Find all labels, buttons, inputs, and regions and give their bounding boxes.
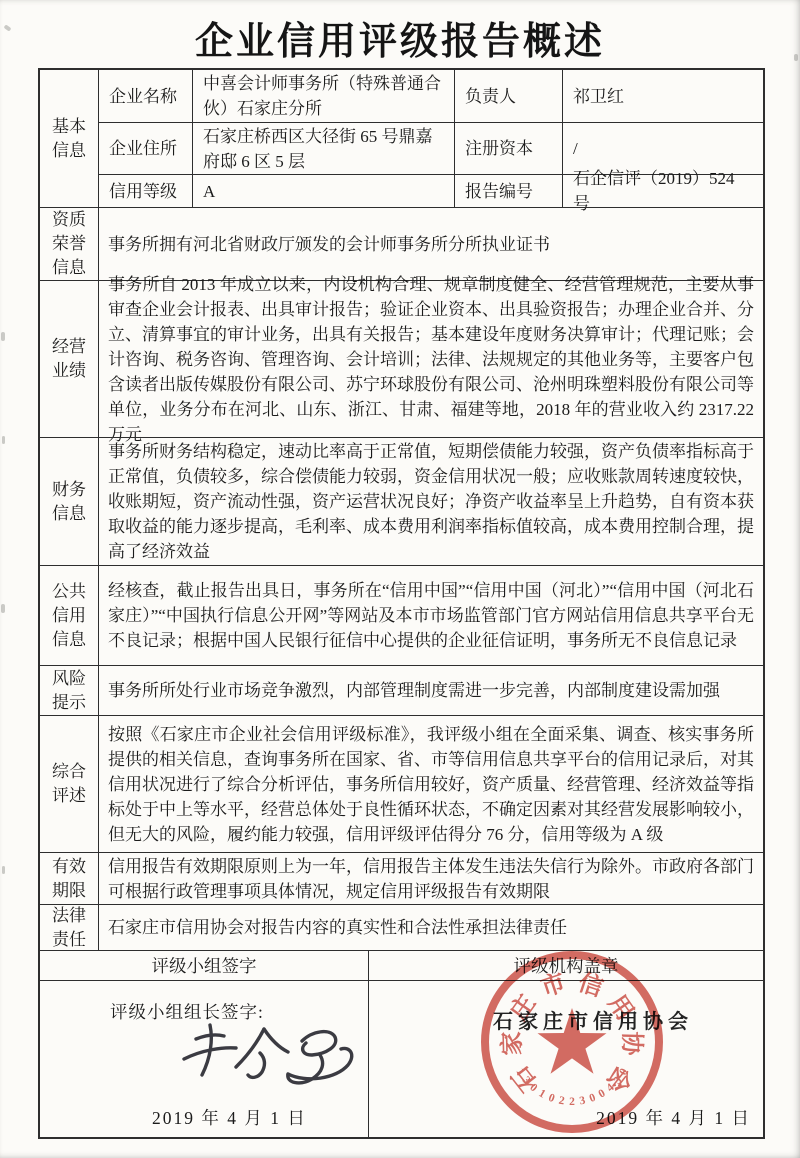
section-label-public-credit-info: 公共信用信息 [40,566,99,665]
seal-digit: 0 [588,1092,598,1105]
section-row-legal-liability: 法律责任 石家庄市信用协会对报告内容的真实性和合法性承担法律责任 [40,904,763,950]
signature-team-header: 评级小组签字 [40,951,369,980]
official-seal: 石 家 庄 市 信 用 协 会 1 3 0 1 0 2 2 3 0 0 4 [472,948,672,1148]
field-label-report-number: 报告编号 [454,175,562,207]
scan-artifact [2,866,5,874]
field-value-person-in-charge: 祁卫红 [562,70,763,122]
scan-artifact [1,332,5,341]
basic-info-grid: 企业名称 中喜会计师事务所（特殊普通合伙）石家庄分所 负责人 祁卫红 企业住所 … [99,70,763,207]
field-value-company-name: 中喜会计师事务所（特殊普通合伙）石家庄分所 [192,70,454,122]
section-label-basic-info: 基本信息 [40,70,99,207]
seal-digit: 1 [537,1087,548,1100]
section-label-comprehensive-review: 综合评述 [40,716,99,852]
section-row-basic-info: 基本信息 企业名称 中喜会计师事务所（特殊普通合伙）石家庄分所 负责人 祁卫红 … [40,70,763,207]
field-label-company-name: 企业名称 [99,70,192,122]
field-value-company-address: 石家庄桥西区大径街 65 号鼎嘉府邸 6 区 5 层 [192,123,454,174]
section-row-risk-warning: 风险提示 事务所所处行业市场竞争激烈，内部管理制度需进一步完善，内部制度建设需加… [40,665,763,715]
seal-digit: 2 [558,1095,566,1108]
field-label-credit-rating: 信用等级 [99,175,192,207]
seal-arc-char: 信 [575,968,607,1002]
table-row: 信用等级 A 报告编号 石企信评（2019）524 号 [99,174,763,207]
signature-team-cell: 评级小组组长签字: 2019 年 4 月 1 日 [40,981,369,1137]
section-row-comprehensive-review: 综合评述 按照《石家庄市企业社会信用评级标准》，我评级小组在全面采集、调查、核实… [40,715,763,852]
section-label-legal-liability: 法律责任 [40,905,99,950]
section-content-legal-liability: 石家庄市信用协会对报告内容的真实性和合法性承担法律责任 [108,915,754,940]
scan-artifact [2,436,5,444]
section-label-validity-period: 有效期限 [40,853,99,904]
scan-artifact [1,604,5,613]
seal-arc-char: 市 [538,969,569,1002]
section-content-risk-warning: 事务所所处行业市场竞争激烈，内部管理制度需进一步完善，内部制度建设需加强 [108,678,754,703]
seal-arc-char: 协 [618,1031,646,1057]
section-label-financial-info: 财务信息 [40,438,99,565]
seal-star-icon [538,1008,607,1074]
field-label-registered-capital: 注册资本 [454,123,562,174]
section-content-validity-period: 信用报告有效期限原则上为一年，信用报告主体发生违法失信行为除外。市政府各部门可根… [108,854,754,904]
handwritten-signature [180,1017,365,1095]
section-content-public-credit-info: 经核查，截止报告出具日，事务所在“信用中国”“信用中国（河北）”“信用中国（河北… [108,578,754,653]
section-content-business-performance: 事务所自 2013 年成立以来，内设机构合理、规章制度健全、经营管理规范，主要从… [108,272,754,447]
field-value-report-number: 石企信评（2019）524 号 [562,175,763,207]
section-row-business-performance: 经营业绩 事务所自 2013 年成立以来，内设机构合理、规章制度健全、经营管理规… [40,280,763,437]
section-row-qualification-honors: 资质荣誉信息 事务所拥有河北省财政厅颁发的会计师事务所分所执业证书 [40,207,763,280]
seal-arc-char: 庄 [505,990,541,1025]
section-label-risk-warning: 风险提示 [40,666,99,715]
section-row-public-credit-info: 公共信用信息 经核查，截止报告出具日，事务所在“信用中国”“信用中国（河北）”“… [40,565,763,665]
section-content-financial-info: 事务所财务结构稳定，速动比率高于正常值，短期偿债能力较强，资产负债率指标高于正常… [108,439,754,564]
scan-artifact [794,54,798,61]
seal-digit: 3 [579,1095,587,1108]
field-value-credit-rating: A [192,175,454,207]
document-page: 企业信用评级报告概述 基本信息 企业名称 中喜会计师事务所（特殊普通合伙）石家庄… [0,0,800,1158]
signature-date-left: 2019 年 4 月 1 日 [152,1105,307,1130]
seal-arc-char: 用 [603,990,639,1025]
section-content-comprehensive-review: 按照《石家庄市企业社会信用评级标准》，我评级小组在全面采集、调查、核实事务所提供… [108,722,754,847]
field-label-person-in-charge: 负责人 [454,70,562,122]
page-title: 企业信用评级报告概述 [0,10,800,65]
seal-digit: 2 [569,1096,575,1108]
field-label-company-address: 企业住所 [99,123,192,174]
section-content-qualification-honors: 事务所拥有河北省财政厅颁发的会计师事务所分所执业证书 [108,232,754,257]
section-label-qualification-honors: 资质荣誉信息 [40,208,99,280]
section-row-validity-period: 有效期限 信用报告有效期限原则上为一年，信用报告主体发生违法失信行为除外。市政府… [40,852,763,904]
seal-digit: 0 [547,1092,557,1105]
table-row: 企业名称 中喜会计师事务所（特殊普通合伙）石家庄分所 负责人 祁卫红 [99,70,763,122]
seal-digit: 0 [597,1087,608,1100]
section-row-financial-info: 财务信息 事务所财务结构稳定，速动比率高于正常值，短期偿债能力较强，资产负债率指… [40,437,763,565]
section-label-business-performance: 经营业绩 [40,281,99,437]
seal-arc-char: 家 [499,1031,527,1056]
